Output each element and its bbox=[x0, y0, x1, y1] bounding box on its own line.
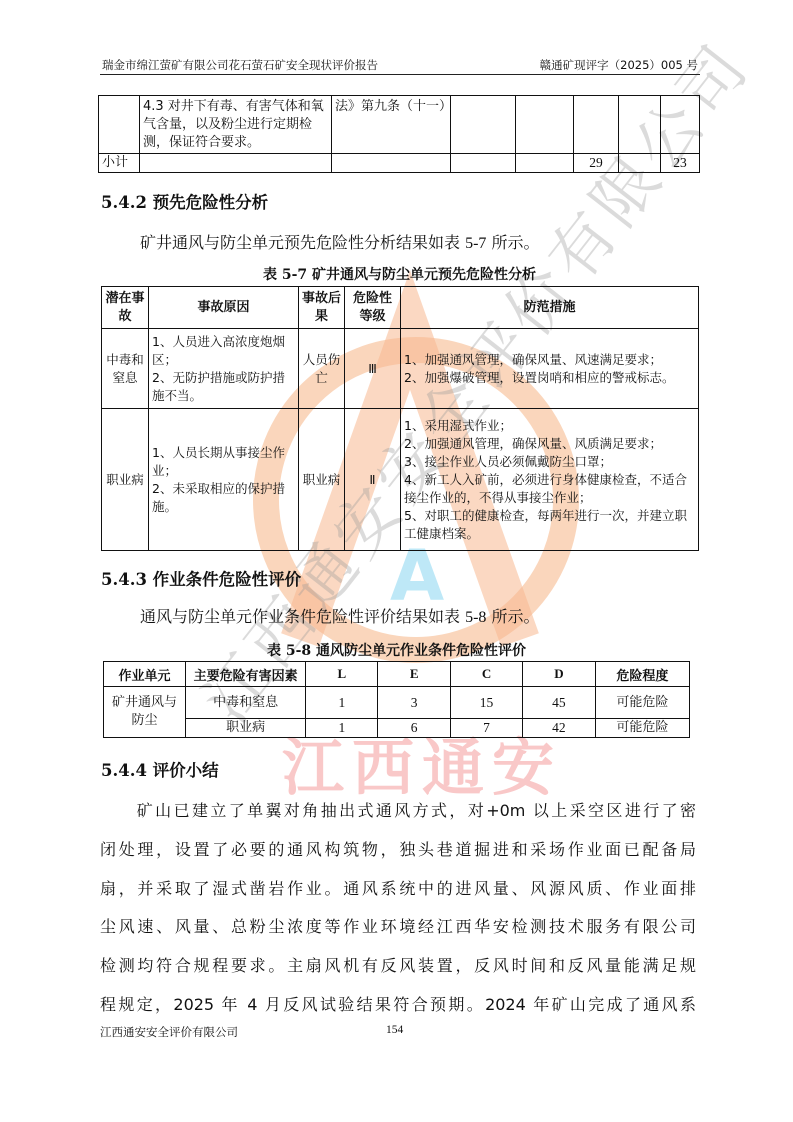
D-cell: 42 bbox=[522, 719, 595, 738]
table-5-7: 潜在事故 事故原因 事故后果 危险性等级 防范措施 中毒和窒息 1、人员进入高浓… bbox=[101, 286, 699, 551]
measure-line: 3、接尘作业人员必须佩戴防尘口罩； bbox=[404, 453, 695, 471]
table-5-8: 作业单元 主要危险有害因素 L E C D 危险程度 矿井通风与防尘 中毒和窒息… bbox=[103, 661, 690, 738]
L-cell: 1 bbox=[306, 719, 378, 738]
table-row: 职业病 1 6 7 42 可能危险 bbox=[104, 719, 690, 738]
header-consequence: 事故后果 bbox=[299, 287, 345, 329]
degree-cell: 可能危险 bbox=[595, 719, 689, 738]
header-level: 危险性等级 bbox=[345, 287, 401, 329]
table-row: 4.3 对井下有毒、有害气体和氧气含量，以及粉尘进行定期检测，保证符合要求。 法… bbox=[99, 96, 700, 154]
section-542-intro: 矿井通风与防尘单元预先危险性分析结果如表 5-7 所示。 bbox=[140, 230, 540, 253]
C-cell: 15 bbox=[451, 687, 523, 719]
cell bbox=[619, 96, 661, 154]
table-header-row: 作业单元 主要危险有害因素 L E C D 危险程度 bbox=[104, 662, 690, 687]
cell bbox=[619, 154, 661, 173]
section-heading-542: 5.4.2 预先危险性分析 bbox=[101, 189, 268, 213]
paragraph-line: 闭处理，设置了必要的通风构筑物，独头巷道掘进和采场作业面已配备局 bbox=[100, 831, 696, 870]
cell bbox=[516, 154, 574, 173]
document-page: A 江西通安安全评价有限公司 江西通安 瑞金市绵江萤矿有限公司花石萤石矿安全现状… bbox=[0, 0, 793, 1122]
cause-cell: 1、人员长期从事接尘作业； 2、未采取相应的保护措施。 bbox=[149, 409, 299, 551]
check-item-cell: 4.3 对井下有毒、有害气体和氧气含量，以及粉尘进行定期检测，保证符合要求。 bbox=[140, 96, 332, 154]
intro-text: 矿井通风与防尘单元预先危险性分析结果如表 bbox=[140, 233, 465, 252]
measure-line: 1、采用湿式作业； bbox=[404, 417, 695, 435]
E-cell: 6 bbox=[378, 719, 451, 738]
table-row: 矿井通风与防尘 中毒和窒息 1 3 15 45 可能危险 bbox=[104, 687, 690, 719]
measures-cell: 1、采用湿式作业； 2、加强通风管理，确保风量、风质满足要求； 3、接尘作业人员… bbox=[401, 409, 699, 551]
measures-cell: 1、加强通风管理，确保风量、风速满足要求； 2、加强爆破管理，设置岗哨和相应的警… bbox=[401, 329, 699, 409]
subtotal-label: 小计 bbox=[99, 154, 140, 173]
header-cause: 事故原因 bbox=[149, 287, 299, 329]
cell bbox=[574, 96, 619, 154]
intro-text-end: 所示。 bbox=[486, 607, 539, 626]
consequence-cell: 人员伤亡 bbox=[299, 329, 345, 409]
section-heading-544: 5.4.4 评价小结 bbox=[101, 757, 219, 781]
cause-line: 2、未采取相应的保护措施。 bbox=[152, 480, 295, 516]
header-D: D bbox=[522, 662, 595, 687]
L-cell: 1 bbox=[306, 687, 378, 719]
header-unit: 作业单元 bbox=[104, 662, 186, 687]
header-factor: 主要危险有害因素 bbox=[185, 662, 305, 687]
subtotal-actual: 23 bbox=[661, 154, 700, 173]
cause-line: 1、人员长期从事接尘作业； bbox=[152, 444, 295, 480]
table-row: 职业病 1、人员长期从事接尘作业； 2、未采取相应的保护措施。 职业病 Ⅱ 1、… bbox=[102, 409, 699, 551]
paragraph-line: 矿山已建立了单翼对角抽出式通风方式，对+0m 以上采空区进行了密 bbox=[100, 792, 696, 831]
factor-cell: 中毒和窒息 bbox=[185, 687, 305, 719]
cell bbox=[516, 96, 574, 154]
page-header: 瑞金市绵江萤矿有限公司花石萤石矿安全现状评价报告 赣通矿现评字（2025）005… bbox=[100, 57, 700, 75]
header-E: E bbox=[378, 662, 451, 687]
header-degree: 危险程度 bbox=[595, 662, 689, 687]
cell bbox=[332, 154, 451, 173]
table-header-row: 潜在事故 事故原因 事故后果 危险性等级 防范措施 bbox=[102, 287, 699, 329]
report-number: 赣通矿现评字（2025）005 号 bbox=[540, 57, 698, 73]
C-cell: 7 bbox=[451, 719, 523, 738]
cell bbox=[140, 154, 332, 173]
subtotal-row: 小计 29 23 bbox=[99, 154, 700, 173]
degree-cell: 可能危险 bbox=[595, 687, 689, 719]
factor-cell: 职业病 bbox=[185, 719, 305, 738]
cell bbox=[451, 154, 516, 173]
paragraph-line: 尘风速、风量、总粉尘浓度等作业环境经江西华安检测技术服务有限公司 bbox=[100, 908, 696, 947]
D-cell: 45 bbox=[522, 687, 595, 719]
summary-paragraph: 矿山已建立了单翼对角抽出式通风方式，对+0m 以上采空区进行了密 闭处理，设置了… bbox=[100, 792, 696, 1025]
cause-line: 1、人员进入高浓度炮烟区； bbox=[152, 333, 295, 369]
level-cell: Ⅱ bbox=[345, 409, 401, 551]
table-5-7-caption: 表 5-7 矿井通风与防尘单元预先危险性分析 bbox=[101, 264, 698, 284]
consequence-cell: 职业病 bbox=[299, 409, 345, 551]
unit-cell: 矿井通风与防尘 bbox=[104, 687, 186, 738]
paragraph-line: 程规定，2025 年 4 月反风试验结果符合预期。2024 年矿山完成了通风系 bbox=[100, 986, 696, 1025]
table-ref: 5-8 bbox=[465, 609, 486, 626]
header-L: L bbox=[306, 662, 378, 687]
section-543-intro: 通风与防尘单元作业条件危险性评价结果如表 5-8 所示。 bbox=[140, 604, 540, 627]
level-cell: Ⅲ bbox=[345, 329, 401, 409]
header-C: C bbox=[451, 662, 523, 687]
header-accident: 潜在事故 bbox=[102, 287, 149, 329]
page-number: 154 bbox=[386, 1024, 403, 1036]
table-ref: 5-7 bbox=[465, 235, 486, 252]
section-heading-543: 5.4.3 作业条件危险性评价 bbox=[101, 566, 301, 590]
measure-line: 2、加强爆破管理，设置岗哨和相应的警戒标志。 bbox=[404, 369, 695, 387]
cause-cell: 1、人员进入高浓度炮烟区； 2、无防护措施或防护措施不当。 bbox=[149, 329, 299, 409]
paragraph-line: 检测均符合规程要求。主扇风机有反风装置，反风时间和反风量能满足规 bbox=[100, 947, 696, 986]
table-row: 中毒和窒息 1、人员进入高浓度炮烟区； 2、无防护措施或防护措施不当。 人员伤亡… bbox=[102, 329, 699, 409]
subtotal-score: 29 bbox=[574, 154, 619, 173]
cell bbox=[661, 96, 700, 154]
measure-line: 5、对职工的健康检查，每两年进行一次，并建立职工健康档案。 bbox=[404, 507, 695, 543]
cell bbox=[451, 96, 516, 154]
accident-cell: 职业病 bbox=[102, 409, 149, 551]
basis-cell: 法》第九条（十一） bbox=[332, 96, 451, 154]
footer-company: 江西通安安全评价有限公司 bbox=[100, 1024, 238, 1040]
report-title: 瑞金市绵江萤矿有限公司花石萤石矿安全现状评价报告 bbox=[102, 57, 378, 73]
cause-line: 2、无防护措施或防护措施不当。 bbox=[152, 369, 295, 405]
header-measures: 防范措施 bbox=[401, 287, 699, 329]
checklist-table-continued: 4.3 对井下有毒、有害气体和氧气含量，以及粉尘进行定期检测，保证符合要求。 法… bbox=[98, 95, 700, 173]
cell bbox=[99, 96, 140, 154]
measure-line: 1、加强通风管理，确保风量、风速满足要求； bbox=[404, 351, 695, 369]
paragraph-line: 扇，并采取了湿式凿岩作业。通风系统中的进风量、风源风质、作业面排 bbox=[100, 870, 696, 909]
table-5-8-caption: 表 5-8 通风防尘单元作业条件危险性评价 bbox=[103, 640, 690, 660]
intro-text-end: 所示。 bbox=[486, 233, 539, 252]
intro-text: 通风与防尘单元作业条件危险性评价结果如表 bbox=[140, 607, 465, 626]
accident-cell: 中毒和窒息 bbox=[102, 329, 149, 409]
measure-line: 2、加强通风管理，确保风量、风质满足要求； bbox=[404, 435, 695, 453]
measure-line: 4、新工人入矿前，必须进行身体健康检查，不适合接尘作业的，不得从事接尘作业； bbox=[404, 471, 695, 507]
E-cell: 3 bbox=[378, 687, 451, 719]
